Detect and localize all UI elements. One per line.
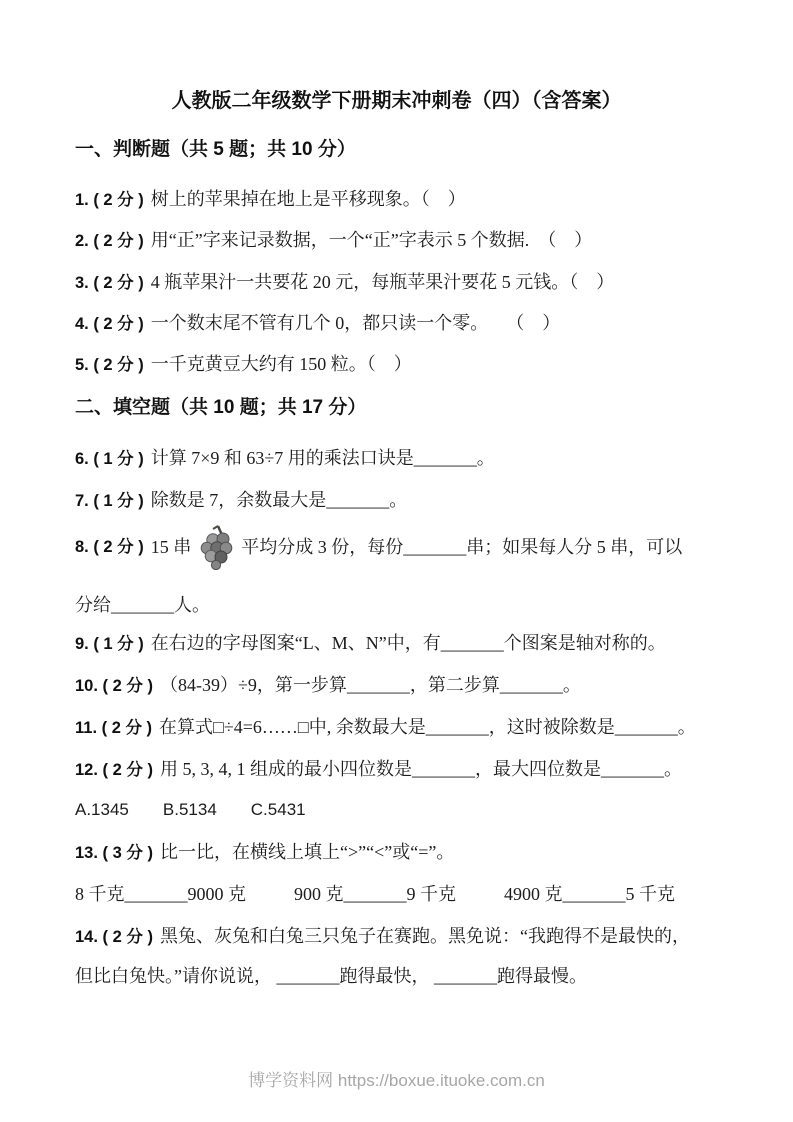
question-8-text-before-image: 15 串 (151, 535, 192, 559)
question-4-text: 一个数末尾不管有几个 0，都只读一个零。 （ ） (151, 313, 561, 333)
question-10-number: 10. ( 2 分 ) (75, 677, 153, 695)
question-1-text: 树上的苹果掉在地上是平移现象。（ ） (151, 189, 466, 209)
question-14-line-1: 14. ( 2 分 )黑兔、灰兔和白兔三只兔子在赛跑。黑免说：“我跑得不是最快的… (75, 924, 690, 949)
question-14-text-continued: 但比白兔快。”请你说说， _______跑得最快， _______跑得最慢。 (75, 966, 587, 986)
question-8-text-continued: 分给_______人。 (75, 595, 210, 615)
question-9: 9. ( 1 分 )在右边的字母图案“L、M、N”中，有_______个图案是轴… (75, 631, 666, 656)
question-9-number: 9. ( 1 分 ) (75, 635, 144, 653)
option-b: B.5134 (163, 798, 217, 822)
question-5: 5. ( 2 分 )一千克黄豆大约有 150 粒。（ ） (75, 352, 412, 377)
footer-watermark: 博学资料网 https://boxue.ituoke.com.cn (0, 1066, 793, 1091)
question-11-text: 在算式□÷4=6……□中, 余数最大是_______，这时被除数是_______… (159, 717, 696, 737)
question-8-text-after-image: 平均分成 3 份，每份_______串；如果每人分 5 串，可以 (241, 535, 682, 559)
test-paper: 人教版二年级数学下册期末冲刺卷（四）（含答案） 一、判断题（共 5 题；共 10… (0, 0, 793, 1122)
comparison-item-2: 900 克_______9 千克 (294, 882, 456, 906)
question-6: 6. ( 1 分 )计算 7×9 和 63÷7 用的乘法口诀是_______。 (75, 446, 495, 471)
question-1-number: 1. ( 2 分 ) (75, 191, 144, 209)
question-2-number: 2. ( 2 分 ) (75, 232, 144, 250)
question-13-comparison-row: 8 千克_______9000 克 900 克_______9 千克 4900 … (75, 882, 675, 906)
question-7-number: 7. ( 1 分 ) (75, 492, 144, 510)
question-3: 3. ( 2 分 )4 瓶苹果汁一共要花 20 元，每瓶苹果汁要花 5 元钱。（… (75, 270, 614, 295)
comparison-item-1: 8 千克_______9000 克 (75, 882, 246, 906)
question-2-text: 用“正”字来记录数据，一个“正”字表示 5 个数据. （ ） (151, 230, 592, 250)
question-6-text: 计算 7×9 和 63÷7 用的乘法口诀是_______。 (151, 448, 495, 468)
question-6-number: 6. ( 1 分 ) (75, 450, 144, 468)
question-12-number: 12. ( 2 分 ) (75, 761, 153, 779)
question-13-number: 13. ( 3 分 ) (75, 844, 153, 862)
question-8-line-2: 分给_______人。 (75, 593, 210, 617)
question-10: 10. ( 2 分 )（84-39）÷9，第一步算_______，第二步算___… (75, 673, 581, 698)
section-2-heading: 二、填空题（共 10 题；共 17 分） (75, 392, 366, 419)
question-11-number: 11. ( 2 分 ) (75, 719, 152, 737)
question-12: 12. ( 2 分 )用 5, 3, 4, 1 组成的最小四位数是_______… (75, 757, 682, 782)
question-8-line-1: 8. ( 2 分 )15 串平均分成 3 份，每份_______串；如果每人分 … (75, 524, 682, 570)
question-13-text: 比一比，在横线上填上“>”“<”或“=”。 (160, 842, 454, 862)
question-4-number: 4. ( 2 分 ) (75, 315, 144, 333)
option-c: C.5431 (251, 798, 306, 822)
question-3-text: 4 瓶苹果汁一共要花 20 元，每瓶苹果汁要花 5 元钱。（ ） (151, 272, 615, 292)
question-14-line-2: 但比白兔快。”请你说说， _______跑得最快， _______跑得最慢。 (75, 964, 587, 988)
question-13: 13. ( 3 分 )比一比，在横线上填上“>”“<”或“=”。 (75, 840, 454, 865)
question-1: 1. ( 2 分 )树上的苹果掉在地上是平移现象。（ ） (75, 187, 466, 212)
question-3-number: 3. ( 2 分 ) (75, 274, 144, 292)
question-12-options: A.1345 B.5134 C.5431 (75, 798, 306, 822)
question-14-text: 黑兔、灰兔和白兔三只兔子在赛跑。黑免说：“我跑得不是最快的， (160, 926, 690, 946)
question-14-number: 14. ( 2 分 ) (75, 928, 153, 946)
question-5-number: 5. ( 2 分 ) (75, 356, 144, 374)
question-10-text: （84-39）÷9，第一步算_______，第二步算_______。 (160, 675, 581, 695)
question-4: 4. ( 2 分 )一个数末尾不管有几个 0，都只读一个零。 （ ） (75, 311, 560, 336)
question-2: 2. ( 2 分 )用“正”字来记录数据，一个“正”字表示 5 个数据. （ ） (75, 228, 592, 253)
grapes-image (197, 524, 235, 570)
comparison-item-3: 4900 克_______5 千克 (504, 882, 675, 906)
question-8-number: 8. ( 2 分 ) (75, 535, 144, 559)
section-1-heading: 一、判断题（共 5 题；共 10 分） (75, 134, 356, 161)
question-7: 7. ( 1 分 )除数是 7，余数最大是_______。 (75, 488, 407, 513)
question-12-text: 用 5, 3, 4, 1 组成的最小四位数是_______，最大四位数是____… (160, 759, 682, 779)
option-a: A.1345 (75, 798, 129, 822)
question-5-text: 一千克黄豆大约有 150 粒。（ ） (151, 354, 412, 374)
question-11: 11. ( 2 分 )在算式□÷4=6……□中, 余数最大是_______，这时… (75, 715, 696, 740)
question-7-text: 除数是 7，余数最大是_______。 (151, 490, 408, 510)
page-title: 人教版二年级数学下册期末冲刺卷（四）（含答案） (0, 84, 793, 113)
question-9-text: 在右边的字母图案“L、M、N”中，有_______个图案是轴对称的。 (151, 633, 666, 653)
